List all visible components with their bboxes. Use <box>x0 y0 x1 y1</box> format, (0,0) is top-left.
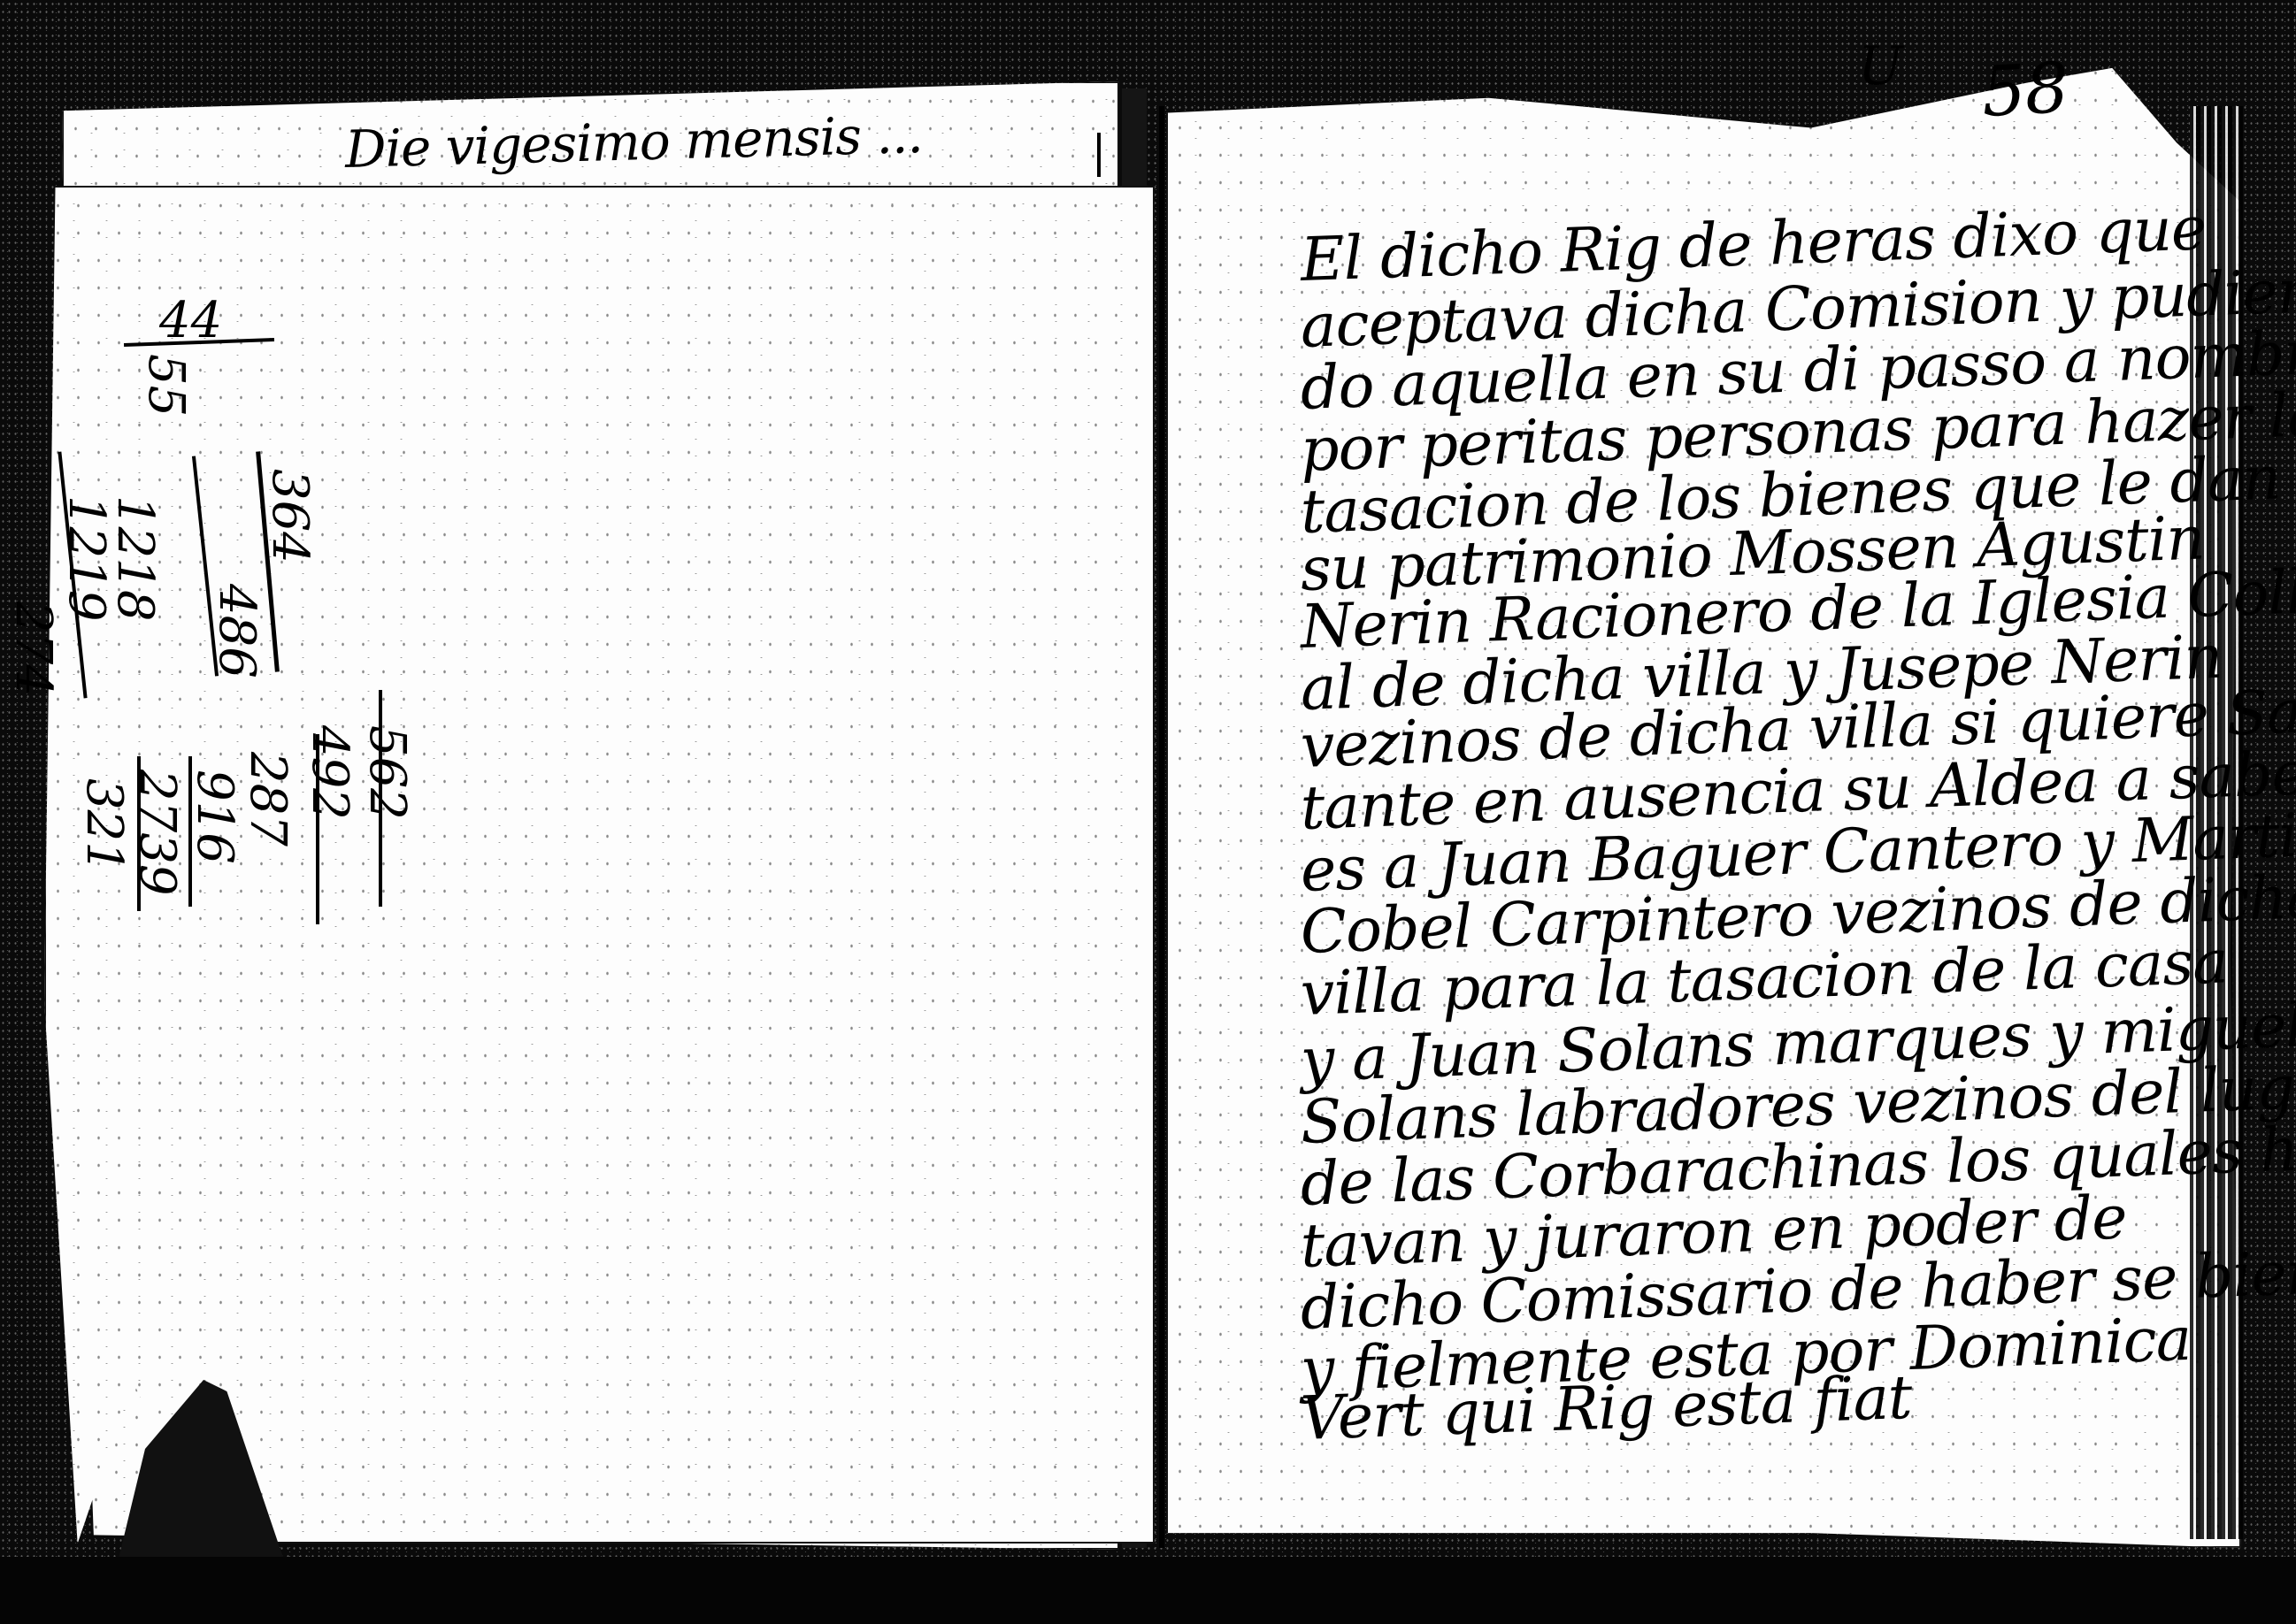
folio-mark: U <box>1858 35 1902 97</box>
left-page <box>44 186 1155 1544</box>
margin-figure: 562 <box>358 725 416 820</box>
margin-figure: 2739 <box>128 770 186 896</box>
margin-figure: 492 <box>301 725 358 820</box>
margin-figure: 287 <box>239 752 296 846</box>
margin-figure: 364 <box>261 469 319 563</box>
margin-figure: 1219 <box>58 495 115 622</box>
margin-figure: 274 <box>4 601 62 696</box>
margin-figure: 916 <box>186 770 243 864</box>
binding-edge <box>1159 106 1164 1548</box>
header-tick-marks <box>1097 133 1101 177</box>
scan-bottom-shadow <box>0 1557 2296 1624</box>
margin-figure: 486 <box>208 584 265 678</box>
fraction-denominator: 55 <box>137 354 195 417</box>
margin-figure: 321 <box>75 778 133 873</box>
folio-number: 58 <box>1980 49 2070 133</box>
